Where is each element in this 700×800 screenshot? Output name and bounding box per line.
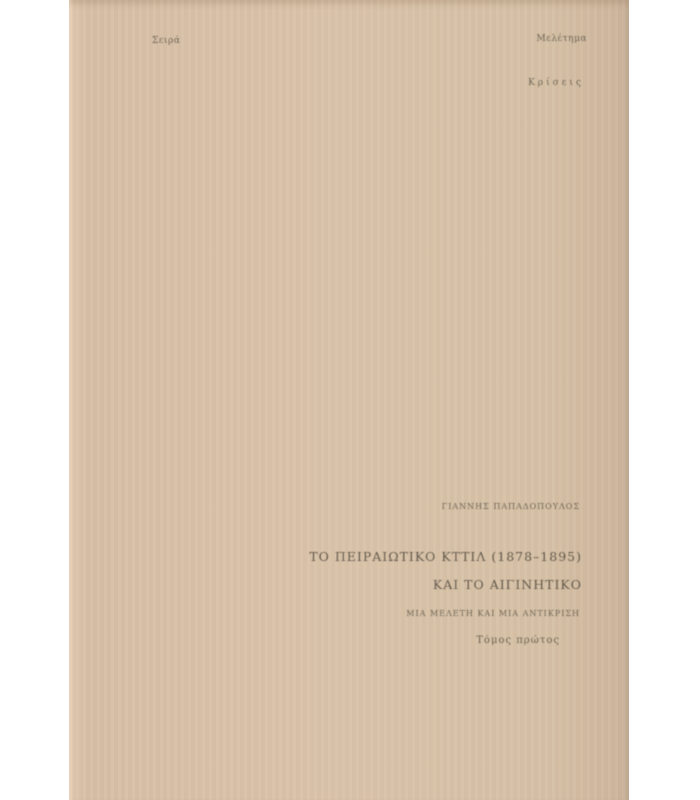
book-cover: Σειρά Μελέτημα Κρίσεις ΓΙΑΝΝΗΣ ΠΑΠΑΔΟΠΟΥ…	[69, 0, 629, 800]
volume-label: Τόμος πρώτος	[476, 635, 560, 646]
title-line-1: ΤΟ ΠΕΙΡΑΙΩΤΙΚΟ ΚΤΤΙΛ (1878–1895)	[309, 549, 582, 564]
series-name: Μελέτημα	[536, 34, 587, 44]
author-name: ΓΙΑΝΝΗΣ ΠΑΠΑΔΟΠΟΥΛΟΣ	[442, 502, 580, 511]
title-line-2: ΚΑΙ ΤΟ ΑΙΓΙΝΗΤΙΚΟ	[433, 577, 582, 592]
subtitle: ΜΙΑ ΜΕΛΕΤΗ ΚΑΙ ΜΙΑ ΑΝΤΙΚΡΙΣΗ	[406, 609, 580, 618]
series-subtitle: Κρίσεις	[528, 78, 584, 88]
series-label: Σειρά	[152, 36, 180, 46]
